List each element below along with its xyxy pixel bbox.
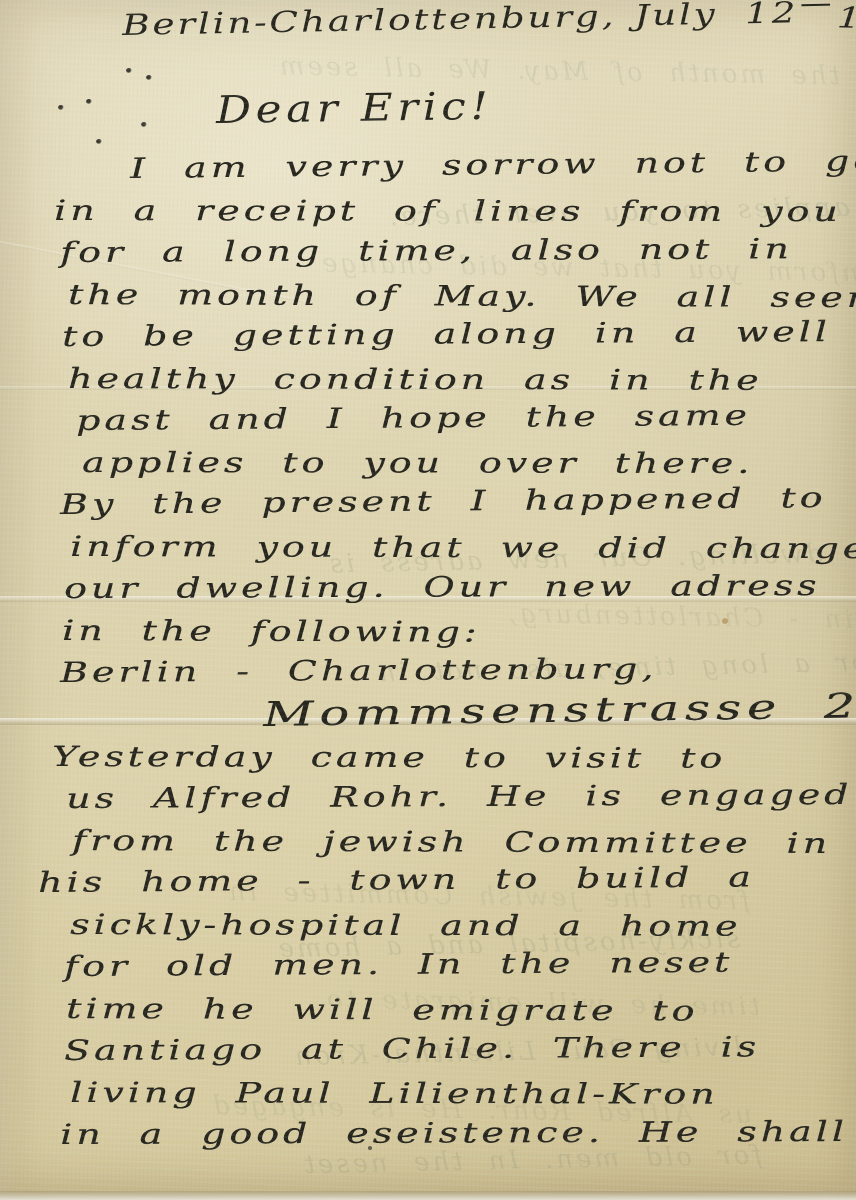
salutation: Dear Eric! bbox=[216, 84, 493, 132]
dateline-date: July 12 bbox=[634, 0, 799, 32]
letter-line: in a good eseistence. He shall bbox=[60, 1110, 856, 1156]
letter-line: us Alfred Rohr. He is engaged bbox=[66, 773, 856, 820]
letter-line: living Paul Lilienthal-Kron bbox=[70, 1072, 856, 1117]
pin-hole bbox=[146, 75, 152, 80]
dateline-ordinal: th bbox=[801, 0, 830, 7]
letter-page: the month of May. We all seemapplies to … bbox=[0, 0, 856, 1200]
letter-line: By the present I happened to bbox=[60, 474, 856, 526]
dateline: Berlin-Charlottenburg,July 12th1939. bbox=[121, 0, 856, 42]
letter-line: past and I hope the same bbox=[76, 392, 856, 442]
pin-hole bbox=[126, 68, 132, 73]
letter-line: in a receipt of lines from you bbox=[54, 190, 856, 233]
letter-line: our dwelling. Our new adress is bbox=[64, 564, 856, 610]
letter-line: for a long time, also not in bbox=[60, 226, 856, 274]
letter-line: his home - town to build a bbox=[38, 853, 856, 904]
dateline-place: Berlin-Charlottenburg, bbox=[121, 0, 616, 42]
letter-line: for old men. In the neset bbox=[64, 939, 856, 988]
pin-hole bbox=[96, 139, 102, 144]
letter-body: I am verry sorrow not to getin a receipt… bbox=[38, 148, 852, 1156]
letter-line: inform you that we did change bbox=[70, 526, 856, 571]
letter-line: I am verry sorrow not to get bbox=[130, 138, 856, 190]
paper-bottom-edge bbox=[0, 1191, 856, 1200]
pin-hole bbox=[86, 99, 92, 104]
pin-hole bbox=[141, 122, 147, 127]
dateline-year: 1939. bbox=[836, 0, 856, 38]
pin-hole bbox=[58, 105, 64, 110]
letter-line: to be getting along in a well bbox=[62, 309, 856, 358]
letter-line: Santiago at Chile. There is bbox=[64, 1024, 856, 1072]
